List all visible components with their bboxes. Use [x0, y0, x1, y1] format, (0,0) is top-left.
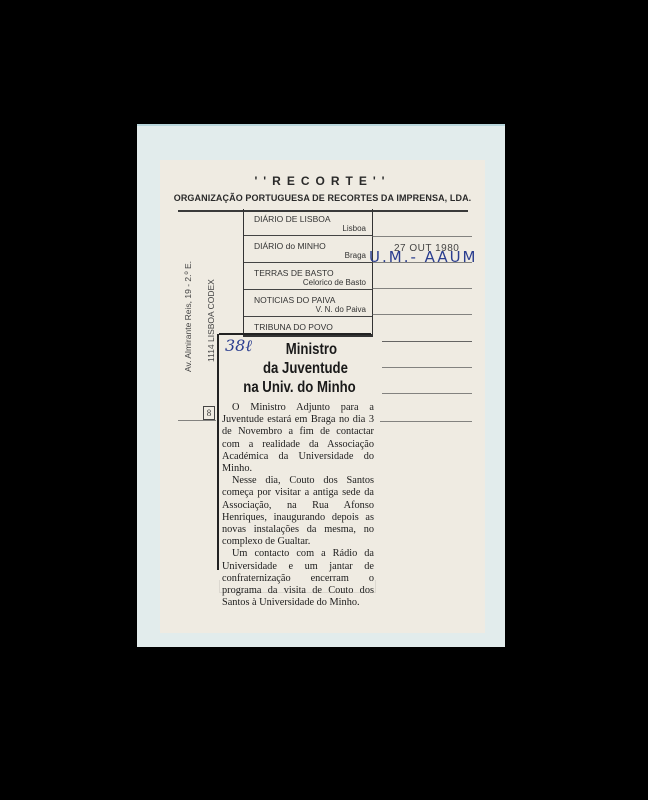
publication-table: DIÁRIO DE LISBOA Lisboa DIÁRIO do MINHO … [243, 209, 373, 337]
form-line [380, 421, 472, 422]
form-line [382, 367, 472, 368]
article-paragraph: Um contacto com a Rádio da Universidade … [222, 548, 374, 609]
form-line [372, 314, 472, 315]
headline-line: na Univ. do Minho [234, 378, 366, 397]
publication-row: NOTICIAS DO PAIVA V. N. do Paiva [244, 290, 372, 317]
form-line [178, 420, 216, 421]
form-line [372, 288, 472, 289]
publication-row: DIÁRIO DE LISBOA Lisboa [244, 209, 372, 236]
article-headline: Ministro da Juventude na Univ. do Minho [234, 340, 366, 397]
publication-city: Braga [345, 251, 366, 260]
publication-name: NOTICIAS DO PAIVA [254, 295, 335, 305]
article-paragraph: Nesse dia, Couto dos Santos começa por v… [222, 475, 374, 548]
article-body: O Ministro Adjunto para a Juventude esta… [222, 402, 374, 609]
publication-name: TRIBUNA DO POVO [254, 322, 333, 332]
address-line-1: Av. Almirante Reis, 19 - 2.º E. [183, 261, 193, 372]
page-number: 8 [203, 406, 215, 420]
publication-name: DIÁRIO do MINHO [254, 241, 326, 251]
publication-name: DIÁRIO DE LISBOA [254, 214, 331, 224]
agency-subtitle: ORGANIZAÇÃO PORTUGUESA DE RECORTES DA IM… [160, 193, 485, 203]
publication-name: TERRAS DE BASTO [254, 268, 334, 278]
headline-line: Ministro [234, 340, 366, 359]
publication-city: V. N. do Paiva [316, 305, 366, 314]
address-line-2: 1114 LISBOA CODEX [206, 279, 216, 362]
publication-row: TERRAS DE BASTO Celorico de Basto [244, 263, 372, 290]
article-top-border [219, 333, 371, 335]
form-line [382, 341, 472, 342]
publication-city: Lisboa [342, 224, 366, 233]
publication-row: DIÁRIO do MINHO Braga [244, 236, 372, 263]
headline-line: da Juventude [234, 359, 366, 378]
clipping-edge [219, 580, 376, 593]
handwritten-annotation: U.M.- AAUM [369, 248, 478, 266]
publication-city: Celorico de Basto [303, 278, 366, 287]
agency-title: ''RECORTE'' [160, 174, 485, 188]
form-line [382, 393, 472, 394]
article-left-border [217, 334, 219, 570]
article-paragraph: O Ministro Adjunto para a Juventude esta… [222, 402, 374, 475]
form-line [372, 236, 472, 237]
